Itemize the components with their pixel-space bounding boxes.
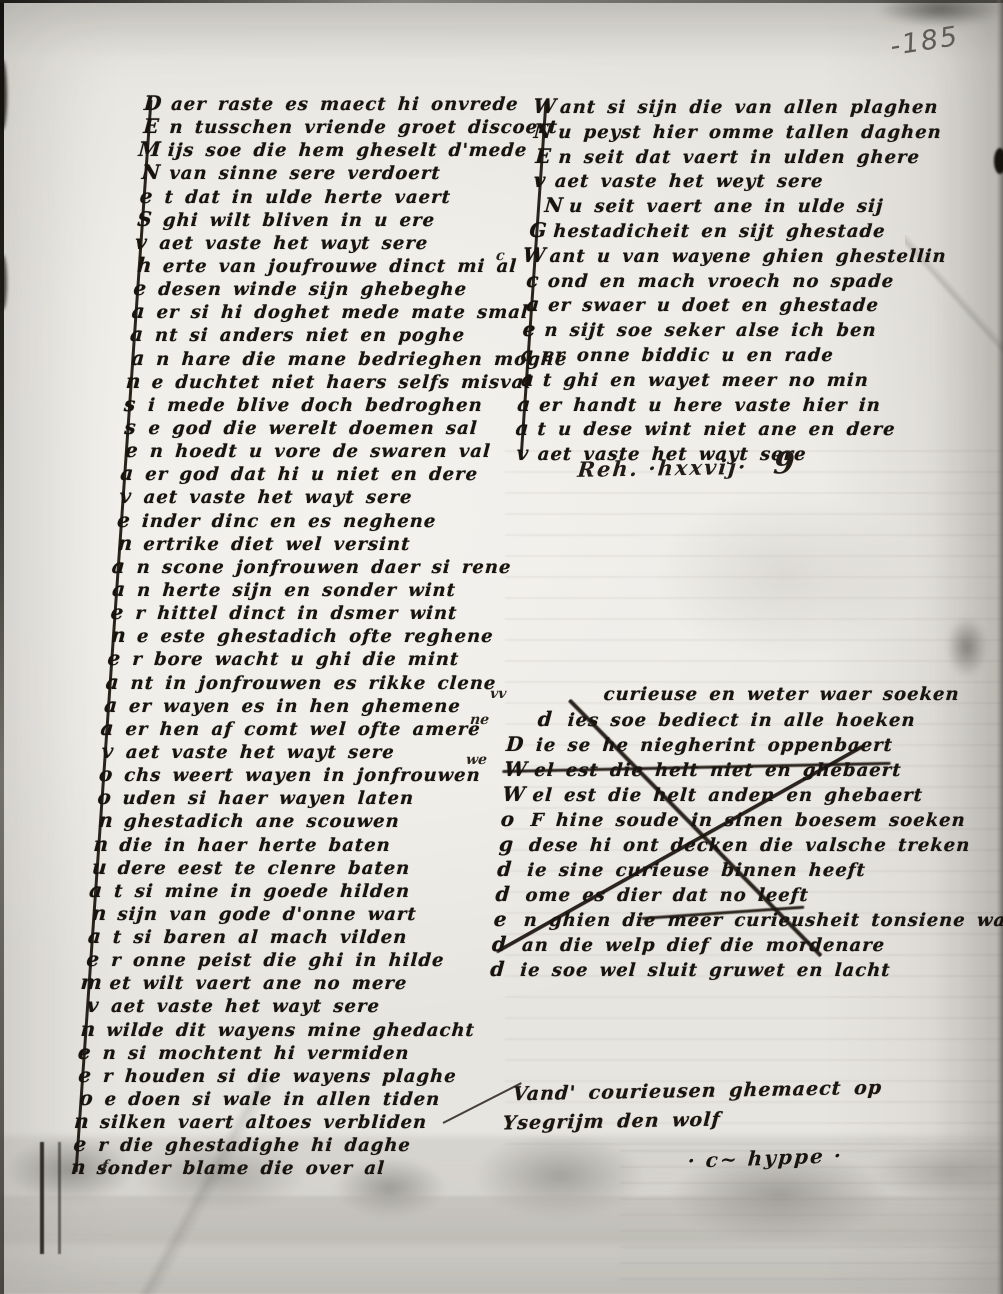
- line-text: er handt u here vaste hier in: [539, 395, 882, 416]
- page-edge-right: [996, 0, 1003, 1294]
- manuscript-line: at ghi en wayet meer no min: [512, 367, 939, 392]
- line-initial: a: [100, 578, 138, 601]
- line-text: u seit vaert ane in ulde sij: [568, 196, 884, 217]
- line-text: n scone jonfrouwen daer si rene: [136, 557, 512, 578]
- line-text: ant u van wayene ghien ghestellin: [549, 246, 947, 267]
- line-text: el est die helt niet en ghebaert: [534, 760, 903, 781]
- line-text: er hen af comt wel ofte amere: [125, 719, 482, 740]
- line-initial: N: [528, 119, 560, 144]
- line-text: sonder blame die over al: [96, 1158, 386, 1179]
- line-initial: a: [118, 323, 156, 346]
- line-text: ijs soe die hem gheselt d'mede: [167, 140, 528, 161]
- right-text-column: Want si sijn die van allen plaghenNu pey…: [505, 94, 958, 466]
- line-text: F hine soude in sinen boesem soeken: [530, 810, 966, 831]
- line-initial: E: [528, 144, 560, 169]
- line-initial: e: [113, 439, 151, 462]
- line-text: ome es dier dat no leeft: [525, 885, 810, 906]
- line-initial: u: [81, 856, 119, 879]
- line-text: ertrike diet wel versint: [143, 534, 412, 555]
- manuscript-line: Nvan sinne sere verdoert: [133, 161, 582, 184]
- manuscript-line: nsijn van gode d'onne wart: [81, 902, 530, 925]
- line-text: e doen si wale in allen tiden: [104, 1089, 441, 1110]
- manuscript-line: met wilt vaert ane no mere: [73, 971, 525, 994]
- edge-mark: [0, 255, 7, 310]
- line-initial: e: [66, 1041, 104, 1064]
- manuscript-line: an scone jonfrouwen daer si rene: [100, 555, 554, 578]
- manuscript-line: aer onne biddic u en rade: [512, 342, 941, 367]
- line-initial: d: [491, 932, 517, 957]
- manuscript-line: at si baren al mach vilden: [76, 925, 528, 948]
- line-initial: S: [126, 208, 164, 231]
- line-initial: a: [120, 300, 158, 323]
- manuscript-line: En seit dat vaert in ulden ghere: [528, 144, 955, 169]
- line-text: desen winde sijn ghebeghe: [157, 279, 467, 300]
- line-text: ie se he niegherint oppenbaert: [535, 735, 893, 756]
- manuscript-line: at si mine in goede hilden: [77, 879, 531, 902]
- manuscript-line: Wel est die helt anden en ghebaert: [502, 782, 954, 807]
- manuscript-line: die sine curieuse binnen heeft: [497, 857, 949, 882]
- line-initial: v: [89, 740, 127, 763]
- manuscript-line: aer swaer u doet en ghestade: [517, 292, 944, 317]
- line-initial: e: [75, 948, 113, 971]
- line-initial: a: [77, 879, 115, 902]
- line-text: ghestadich ane scouwen: [123, 811, 400, 832]
- line-initial: W: [503, 757, 529, 782]
- line-text: die in haer herte baten: [119, 835, 392, 856]
- manuscript-line: si mede blive doch bedroghen: [111, 393, 565, 416]
- manuscript-line: Daer raste es maect hi onvrede: [134, 92, 586, 115]
- line-text: nt si anders niet en poghe: [154, 325, 466, 346]
- line-text: et wilt vaert ane no mere: [109, 973, 408, 994]
- section-mark-flourish: 9: [772, 446, 798, 481]
- line-text: er si hi doghet mede mate smal: [156, 302, 530, 323]
- line-initial: n: [115, 370, 153, 393]
- left-text-column: Daer raste es maect hi onvredeEn tussche…: [60, 92, 586, 1180]
- line-initial: v: [74, 994, 112, 1017]
- line-text: dere eest te clenre baten: [117, 858, 411, 879]
- line-initial: W: [519, 243, 551, 268]
- line-text: dese hi ont decken die valsche treken: [528, 835, 971, 856]
- manuscript-line: Sghi wilt bliven in u ere: [126, 208, 578, 231]
- line-text: i mede blive doch bedroghen: [147, 395, 483, 416]
- line-text: t dat in ulde herte vaert: [164, 187, 452, 208]
- line-initial: G: [523, 218, 555, 243]
- crossed-out-block: curieuse en weter waer soekendies soe be…: [490, 682, 961, 982]
- manuscript-line: vaet vaste het wayt sere: [107, 485, 559, 508]
- manuscript-line: herte van joufrouwe dinct mi al: [126, 254, 575, 277]
- line-text: n seit dat vaert in ulden ghere: [558, 147, 921, 168]
- line-text: hestadicheit en sijt ghestade: [553, 221, 887, 242]
- manuscript-line: ant si anders niet en poghe: [118, 323, 570, 346]
- line-text: r bore wacht u ghi die mint: [132, 649, 460, 670]
- line-text: ie soe wel sluit gruwet en lacht: [520, 960, 892, 981]
- line-initial: N: [538, 193, 570, 218]
- manuscript-line: oe doen si wale in allen tiden: [68, 1087, 517, 1110]
- line-text: e este ghestadich ofte reghene: [136, 626, 494, 647]
- manuscript-line: nsonder blame die over al: [60, 1156, 512, 1179]
- manuscript-line: oF hine soude in sinen boesem soeken: [500, 807, 952, 832]
- line-text: er wayen es in hen ghemene: [128, 696, 461, 717]
- line-initial: n: [81, 902, 119, 925]
- manuscript-line: er die ghestadighe hi daghe: [62, 1133, 514, 1156]
- line-text: sijn van gode d'onne wart: [117, 904, 418, 925]
- manuscript-line: an hare die mane bedrieghen moghe: [120, 347, 569, 370]
- line-initial: a: [100, 555, 138, 578]
- line-initial: a: [517, 292, 549, 317]
- manuscript-line: nghestadich ane scouwen: [87, 809, 536, 832]
- line-text: r die ghestadighe hi daghe: [98, 1135, 412, 1156]
- line-initial: e: [121, 277, 159, 300]
- line-initial: g: [498, 832, 524, 857]
- line-initial: d: [490, 957, 516, 982]
- line-initial: e: [514, 317, 546, 342]
- line-text: er onne biddic u en rade: [542, 345, 835, 366]
- line-text: n herte sijn en sonder wint: [136, 580, 456, 601]
- line-text: nt in jonfrouwen es rikke clene: [130, 673, 497, 694]
- line-initial: W: [529, 94, 561, 119]
- smudge: [941, 608, 993, 686]
- line-text: aet vaste het wayt sere: [159, 233, 429, 254]
- manuscript-photo: -185 Daer raste es maect hi onvredeEn tu…: [0, 0, 1003, 1294]
- manuscript-line: et dat in ulde herte vaert: [128, 185, 580, 208]
- line-initial: d: [497, 857, 523, 882]
- line-initial: a: [109, 462, 147, 485]
- line-text: t si mine in goede hilden: [113, 881, 410, 902]
- line-text: ghi wilt bliven in u ere: [162, 210, 435, 231]
- line-initial: N: [133, 161, 171, 184]
- line-initial: h: [126, 254, 164, 277]
- line-text: aet vaste het wayt sere: [143, 487, 413, 508]
- line-text: van sinne sere verdoert: [169, 163, 442, 184]
- line-text: n si mochtent hi vermiden: [102, 1043, 410, 1064]
- manuscript-line: se god die werelt doemen sal: [112, 416, 564, 439]
- line-text: n sijt soe seker alse ich ben: [544, 320, 878, 341]
- manuscript-line: die soe wel sluit gruwet en lacht: [490, 957, 942, 982]
- colophon: Vand' courieusen ghemaect op Ysegrijm de…: [510, 1077, 883, 1134]
- line-text: n tusschen vriende groet discoert: [169, 117, 559, 138]
- line-text: curieuse en weter waer soeken: [603, 684, 960, 705]
- manuscript-line: dies soe bediect in alle hoeken: [537, 707, 959, 732]
- line-text: u peyst hier omme tallen daghen: [558, 122, 943, 143]
- manuscript-line: er houden si die wayens plaghe: [66, 1064, 518, 1087]
- line-text: n hoedt u vore de swaren val: [149, 441, 491, 462]
- manuscript-line: dome es dier dat no leeft: [495, 882, 947, 907]
- manuscript-line: en hoedt u vore de swaren val: [113, 439, 562, 462]
- manuscript-line: aer god dat hi u niet en dere: [109, 462, 561, 485]
- manuscript-line: er bore wacht u ghi die mint: [96, 647, 548, 670]
- line-text: aer raste es maect hi onvrede: [170, 94, 519, 115]
- line-text: ant si sijn die van allen plaghen: [559, 97, 939, 118]
- binding-strokes: [40, 1142, 61, 1254]
- line-initial: n: [87, 809, 125, 832]
- margin-mark: vv: [489, 686, 507, 702]
- line-initial: o: [86, 786, 124, 809]
- line-text: aet vaste het wayt sere: [125, 742, 395, 763]
- manuscript-line: en si mochtent hi vermiden: [66, 1041, 520, 1064]
- manuscript-line: ant in jonfrouwen es rikke clene: [94, 671, 546, 694]
- line-text: ond en mach vroech no spade: [547, 271, 895, 292]
- line-initial: M: [131, 138, 169, 161]
- line-initial: a: [94, 671, 132, 694]
- line-initial: v: [123, 231, 161, 254]
- photo-border-top: [0, 0, 1003, 3]
- line-initial: e: [105, 509, 143, 532]
- line-initial: m: [73, 971, 111, 994]
- manuscript-line: vaet vaste het wayt sere: [74, 994, 523, 1017]
- line-initial: c: [517, 268, 549, 293]
- manuscript-line: edesen winde sijn ghebeghe: [121, 277, 573, 300]
- manuscript-line: vaet vaste het weyt sere: [524, 168, 953, 193]
- section-mark: Reh. ·hxxvij·9: [576, 446, 798, 485]
- line-text: t si baren al mach vilden: [112, 927, 408, 948]
- line-text: t u dese wint niet ane en dere: [537, 419, 897, 440]
- line-text: ie sine curieuse binnen heeft: [527, 860, 867, 881]
- line-initial: s: [111, 393, 149, 416]
- manuscript-line: en sijt soe seker alse ich ben: [514, 317, 943, 342]
- manuscript-line: Nu seit vaert ane in ulde sij: [538, 193, 951, 218]
- line-initial: n: [100, 624, 138, 647]
- line-text: uden si haer wayen laten: [122, 788, 415, 809]
- manuscript-line: ne duchtet niet haers selfs misval: [115, 370, 567, 393]
- line-text: ies soe bediect in alle hoeken: [567, 710, 916, 731]
- margin-mark: we: [465, 752, 488, 768]
- line-text: er swaer u doet en ghestade: [547, 295, 879, 316]
- manuscript-line: Mijs soe die hem gheselt d'mede: [131, 138, 583, 161]
- line-initial: s: [112, 416, 150, 439]
- line-initial: D: [134, 92, 172, 115]
- ink-blob: [994, 148, 1003, 174]
- line-text: n hare die mane bedrieghen moghe: [156, 349, 568, 370]
- manuscript-line: gdese hi ont decken die valsche treken: [498, 832, 950, 857]
- line-text: silken vaert altoes verbliden: [99, 1112, 428, 1133]
- line-initial: n: [60, 1156, 98, 1179]
- manuscript-line: En tusschen vriende groet discoert: [133, 115, 585, 138]
- line-text: wilde dit wayens mine ghedacht: [106, 1020, 476, 1041]
- line-text: n ghien die meer curieusheit tonsiene wa…: [523, 910, 1003, 931]
- line-initial: a: [76, 925, 114, 948]
- line-text: t ghi en wayet meer no min: [542, 370, 869, 391]
- manuscript-line: udere eest te clenre baten: [81, 856, 533, 879]
- line-initial: o: [68, 1087, 106, 1110]
- manuscript-line: ndie in haer herte baten: [83, 833, 535, 856]
- manuscript-line: Die se he niegherint oppenbaert: [505, 732, 957, 757]
- line-initial: n: [83, 833, 121, 856]
- line-initial: e: [99, 601, 137, 624]
- line-initial: v: [507, 441, 539, 466]
- manuscript-line: at u dese wint niet ane en dere: [507, 416, 936, 441]
- line-initial: e: [128, 185, 166, 208]
- line-initial: D: [505, 732, 531, 757]
- line-initial: o: [500, 807, 526, 832]
- line-text: an die welp dief die mordenare: [521, 935, 886, 956]
- line-initial: v: [524, 168, 556, 193]
- line-initial: a: [89, 717, 127, 740]
- manuscript-line: Want si sijn die van allen plaghen: [529, 94, 958, 119]
- line-initial: e: [493, 907, 519, 932]
- line-initial: v: [107, 485, 145, 508]
- line-text: r houden si die wayens plaghe: [102, 1066, 457, 1087]
- manuscript-line: en ghien die meer curieusheit tonsiene w…: [493, 907, 945, 932]
- line-text: aet vaste het weyt sere: [554, 171, 824, 192]
- manuscript-line: cond en mach vroech no spade: [517, 268, 946, 293]
- manuscript-line: vaet vaste het wayt sere: [123, 231, 577, 254]
- line-text: el est die helt anden en ghebaert: [532, 785, 924, 806]
- line-initial: W: [502, 782, 528, 807]
- manuscript-line: nertrike diet wel versint: [107, 532, 556, 555]
- line-text: e duchtet niet haers selfs misval: [151, 372, 533, 393]
- line-text: e god die werelt doemen sal: [148, 418, 479, 439]
- manuscript-line: ne este ghestadich ofte reghene: [100, 624, 549, 647]
- line-text: erte van joufrouwe dinct mi al: [162, 256, 518, 277]
- manuscript-line: Nu peyst hier omme tallen daghen: [528, 119, 957, 144]
- line-text: er god dat hi u niet en dere: [145, 464, 479, 485]
- manuscript-line: Ghestadicheit en sijt ghestade: [523, 218, 950, 243]
- edge-mark: [0, 60, 7, 130]
- manuscript-line: Wel est die helt niet en ghebaert: [503, 757, 955, 782]
- manuscript-line: er onne peist die ghi in hilde: [75, 948, 527, 971]
- line-initial: n: [107, 532, 145, 555]
- line-initial: a: [508, 392, 540, 417]
- manuscript-line: nwilde dit wayens mine ghedacht: [70, 1018, 522, 1041]
- line-initial: n: [63, 1110, 101, 1133]
- manuscript-line: Want u van wayene ghien ghestellin: [519, 243, 948, 268]
- manuscript-line: einder dinc en es neghene: [105, 509, 557, 532]
- manuscript-line: an herte sijn en sonder wint: [100, 578, 552, 601]
- line-initial: d: [537, 707, 563, 732]
- manuscript-line: curieuse en weter waer soeken: [573, 682, 961, 707]
- paper-stain: [620, 470, 950, 680]
- line-initial: a: [507, 416, 539, 441]
- line-initial: a: [92, 694, 130, 717]
- line-initial: a: [512, 367, 544, 392]
- manuscript-line: aer handt u here vaste hier in: [508, 392, 937, 417]
- line-initial: n: [70, 1018, 108, 1041]
- line-text: aet vaste het wayt sere: [110, 996, 380, 1017]
- photo-border-left: [0, 0, 4, 1294]
- manuscript-line: er hittel dinct in dsmer wint: [99, 601, 551, 624]
- line-initial: a: [512, 342, 544, 367]
- line-initial: e: [96, 647, 134, 670]
- line-text: inder dinc en es neghene: [141, 511, 437, 532]
- manuscript-line: dan die welp dief die mordenare: [491, 932, 943, 957]
- line-initial: d: [495, 882, 521, 907]
- line-initial: o: [87, 763, 125, 786]
- line-text: chs weert wayen in jonfrouwen: [123, 765, 481, 786]
- margin-mark: ne: [469, 712, 490, 728]
- line-text: r hittel dinct in dsmer wint: [135, 603, 458, 624]
- margin-mark: c: [495, 248, 505, 264]
- line-initial: E: [133, 115, 171, 138]
- manuscript-line: aer si hi doghet mede mate smal: [120, 300, 572, 323]
- manuscript-line: ouden si haer wayen laten: [86, 786, 538, 809]
- line-initial: e: [62, 1133, 100, 1156]
- line-initial: e: [66, 1064, 104, 1087]
- section-mark-text: Reh. ·hxxvij·: [577, 454, 749, 482]
- line-text: r onne peist die ghi in hilde: [111, 950, 446, 971]
- line-initial: a: [120, 347, 158, 370]
